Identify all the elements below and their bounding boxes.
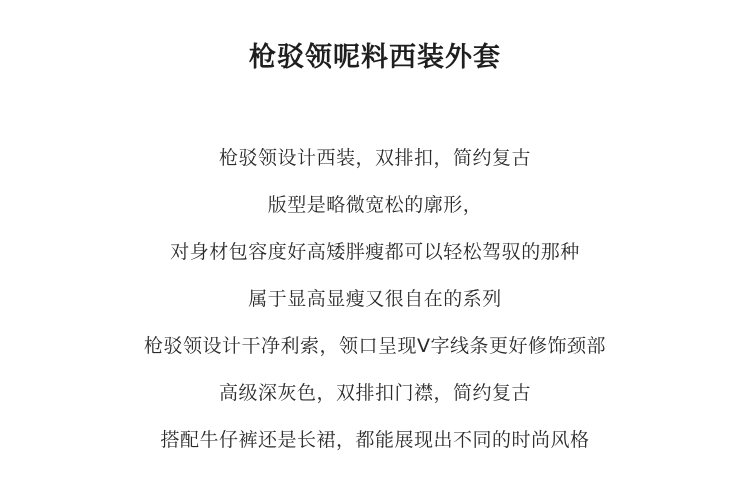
description-line: 版型是略微宽松的廓形， <box>0 186 750 233</box>
description-line: 枪驳领设计干净利索，领口呈现V字线条更好修饰颈部 <box>0 327 750 374</box>
description-lines: 枪驳领设计西装，双排扣，简约复古 版型是略微宽松的廓形， 对身材包容度好高矮胖瘦… <box>0 139 750 468</box>
description-line: 对身材包容度好高矮胖瘦都可以轻松驾驭的那种 <box>0 233 750 280</box>
description-line: 搭配牛仔裤还是长裙，都能展现出不同的时尚风格 <box>0 421 750 468</box>
product-description-page: 枪驳领呢料西装外套 枪驳领设计西装，双排扣，简约复古 版型是略微宽松的廓形， 对… <box>0 0 750 478</box>
product-title: 枪驳领呢料西装外套 <box>0 38 750 78</box>
description-line: 高级深灰色，双排扣门襟，简约复古 <box>0 374 750 421</box>
description-line: 枪驳领设计西装，双排扣，简约复古 <box>0 139 750 186</box>
description-line: 属于显高显瘦又很自在的系列 <box>0 280 750 327</box>
